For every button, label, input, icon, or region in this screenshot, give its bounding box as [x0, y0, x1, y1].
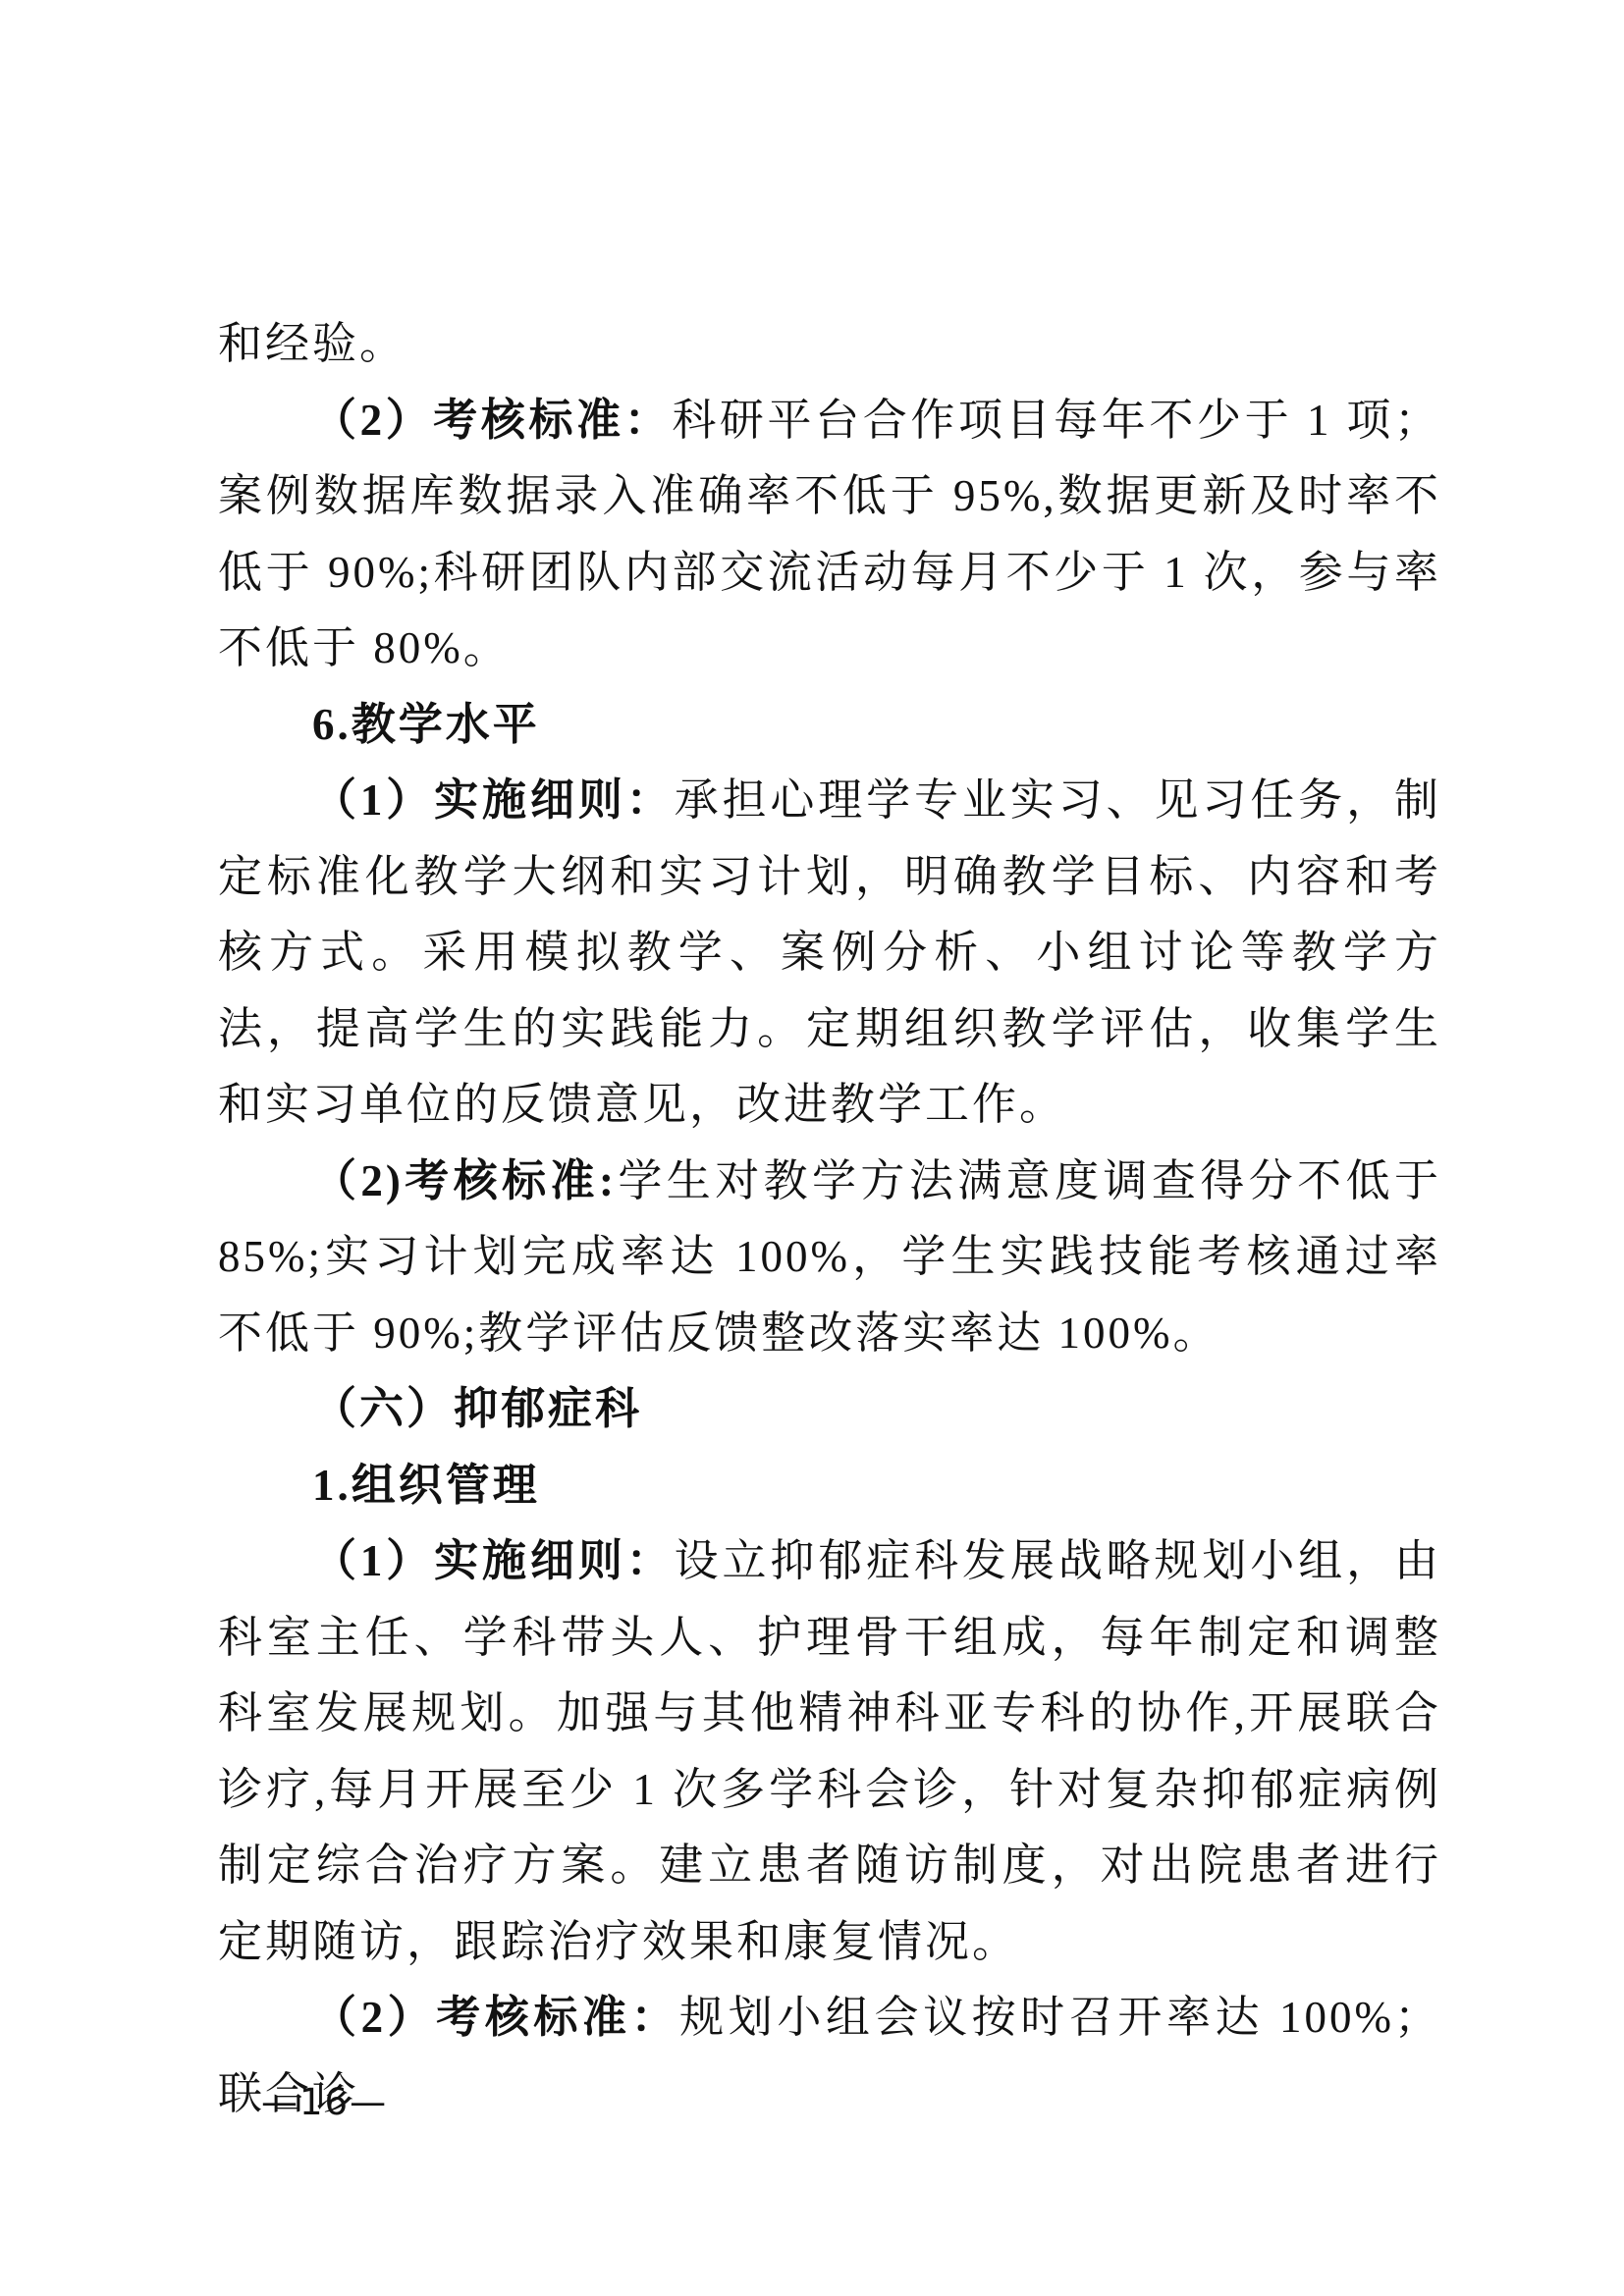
paragraph-lead: （2）考核标准：: [312, 1993, 679, 2042]
paragraph: （1）实施细则：承担心理学专业实习、见习任务，制定标准化教学大纲和实习计划，明确…: [218, 763, 1441, 1144]
paragraph: （2）考核标准：科研平台合作项目每年不少于 1 项；案例数据库数据录入准确率不低…: [218, 383, 1441, 687]
page-number: —16—: [261, 2081, 388, 2123]
paragraph: （1）实施细则：设立抑郁症科发展战略规划小组，由科室主任、学科带头人、护理骨干组…: [218, 1523, 1441, 1980]
paragraph: （2)考核标准:学生对教学方法满意度调查得分不低于 85%;实习计划完成率达 1…: [218, 1144, 1441, 1372]
paragraph-text: 承担心理学专业实习、见习任务，制定标准化教学大纲和实习计划，明确教学目标、内容和…: [218, 775, 1441, 1129]
paragraph: （2）考核标准：规划小组会议按时召开率达 100%；联合诊: [218, 1980, 1441, 2132]
section-heading: （六）抑郁症科: [218, 1371, 1441, 1448]
heading-text: （六）抑郁症科: [312, 1384, 642, 1433]
section-heading: 1.组织管理: [218, 1448, 1441, 1524]
paragraph-text: 设立抑郁症科发展战略规划小组，由科室主任、学科带头人、护理骨干组成，每年制定和调…: [218, 1536, 1441, 1966]
paragraph-lead: （1）实施细则：: [312, 1536, 675, 1585]
paragraph-text: 和经验。: [218, 319, 406, 368]
document-body: 和经验。 （2）考核标准：科研平台合作项目每年不少于 1 项；案例数据库数据录入…: [218, 306, 1441, 2132]
paragraph-continuation: 和经验。: [218, 306, 1441, 383]
paragraph-lead: （2)考核标准:: [312, 1156, 617, 1205]
document-page: 和经验。 （2）考核标准：科研平台合作项目每年不少于 1 项；案例数据库数据录入…: [0, 0, 1624, 2296]
paragraph-lead: （1）实施细则：: [312, 775, 675, 825]
section-heading: 6.教学水平: [218, 687, 1441, 764]
paragraph-lead: （2）考核标准：: [312, 396, 672, 445]
heading-text: 1.组织管理: [312, 1461, 540, 1510]
heading-text: 6.教学水平: [312, 700, 540, 749]
